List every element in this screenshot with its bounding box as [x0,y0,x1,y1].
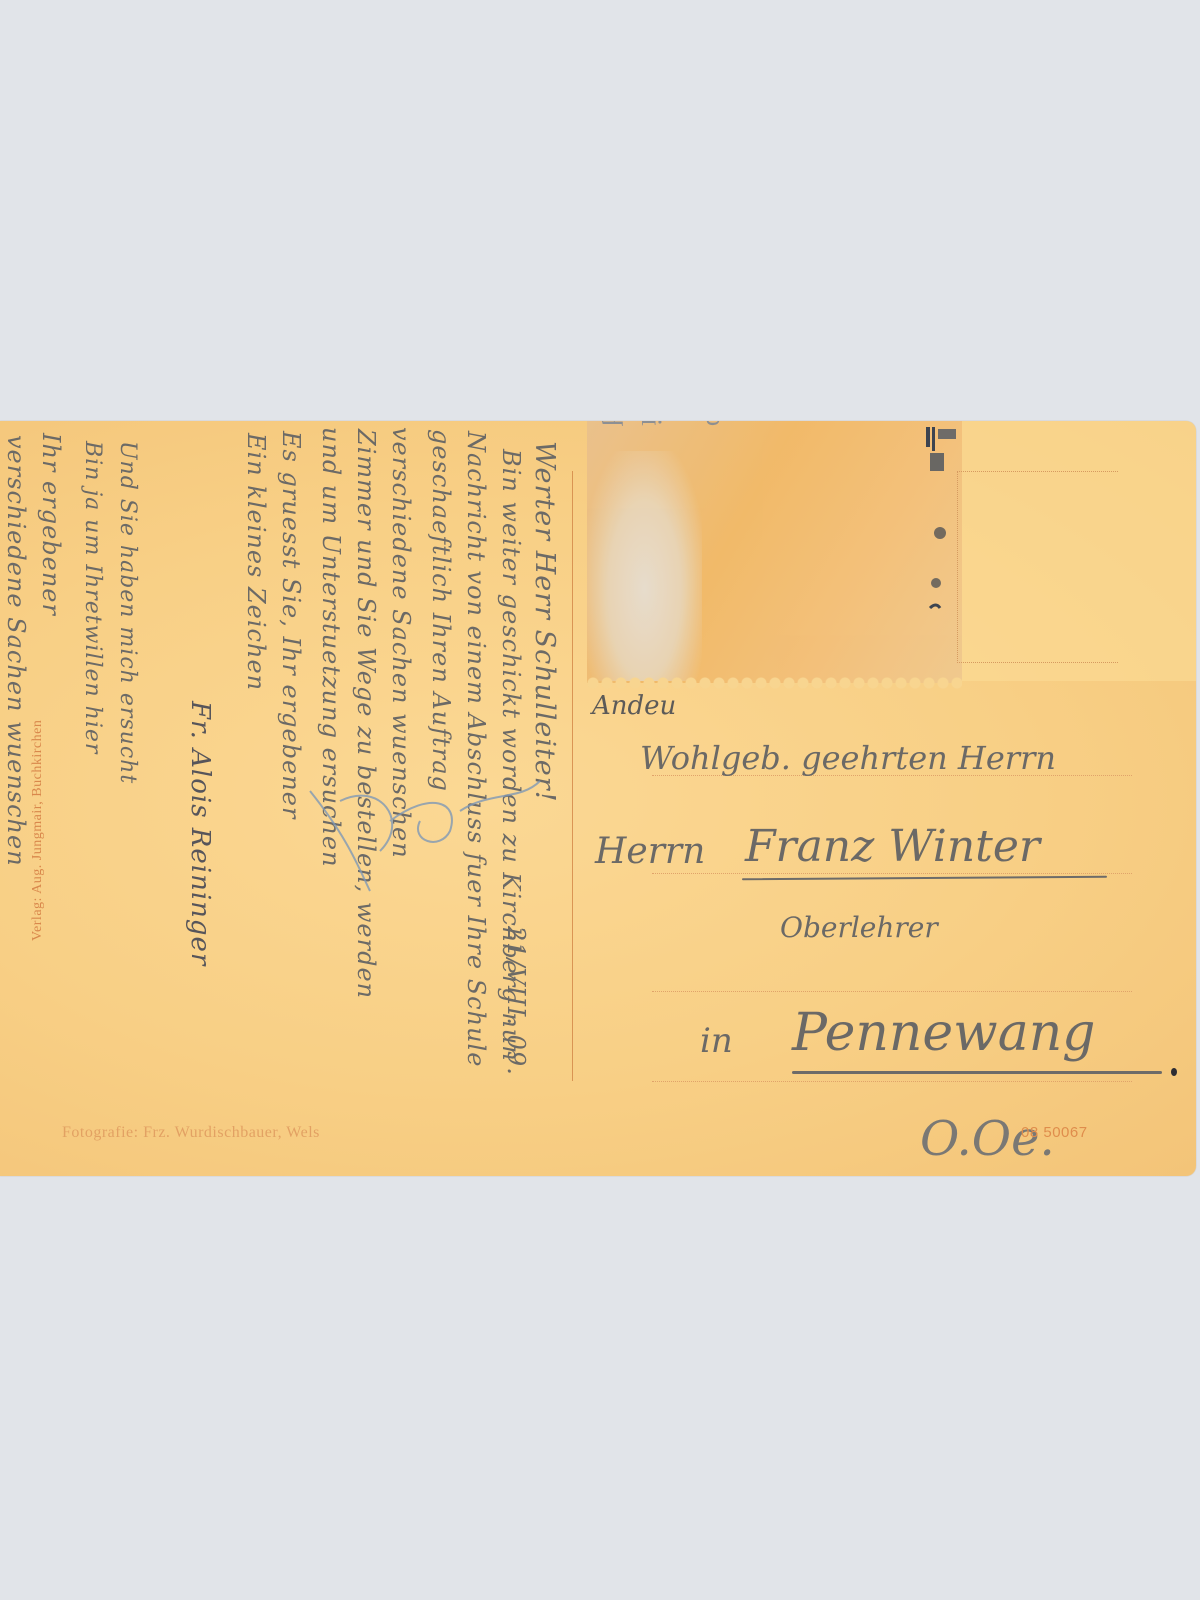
address-rule [652,1081,1132,1082]
serial-number: 08 50067 [1021,1124,1088,1141]
message-line: Nachricht von einem Abschluss fuer Ihre … [462,431,490,1067]
address-rule [652,991,1132,992]
message-line: Bin ja um Ihretwillen hier [80,441,105,754]
address-salutation: Wohlgeb. geehrten Herrn [640,739,1056,777]
ink-dot [1171,1068,1177,1076]
message-line: Ein kleines Zeichen [242,433,270,691]
recipient-name-underline [742,876,1107,881]
postcard: Werter Herr Schulleiter! 21/VIII. 09. Bi… [0,421,1196,1176]
address-in: in [700,1021,733,1061]
message-line: geschaeftlich Ihren Auftrag [427,429,455,792]
message-line: Zimmer und Sie Wege zu bestellen, werden [352,429,380,999]
address-prefix: Andeu [592,691,676,721]
address-title: Herrn [595,831,705,872]
removed-stamp-stain [587,421,962,683]
stamp-placement-box [957,471,1118,663]
center-divider [572,471,573,1081]
photo-credit: Fotografie: Frz. Wurdischbauer, Wels [62,1124,320,1142]
message-line: Bin weiter geschickt worden zu Kirchberg… [497,449,525,1062]
message-line: Ihr ergebener [37,433,65,616]
message-line: verschiedene Sachen wuenschen [2,435,30,867]
recipient-name: Franz Winter [745,821,1040,872]
destination-underline [792,1071,1162,1074]
message-signature: Fr. Alois Reininger [185,701,215,966]
message-greeting: Werter Herr Schulleiter! [529,441,560,803]
message-line: Und Sie haben mich ersucht [115,441,140,784]
recipient-occupation: Oberlehrer [780,911,938,944]
blue-pencil-scribble [290,761,550,901]
mirror-print-text: bechler it ahf [594,421,628,426]
postmark-fragment: d [700,421,730,426]
message-area: Werter Herr Schulleiter! 21/VIII. 09. Bi… [0,421,572,1176]
publisher-imprint: Verlag: Aug. Jungmair, Buchkirchen [30,720,46,941]
mirror-print-text: ie hoch it abs [634,421,668,426]
address-rule [652,873,1132,874]
destination-town: Pennewang [792,1003,1095,1063]
